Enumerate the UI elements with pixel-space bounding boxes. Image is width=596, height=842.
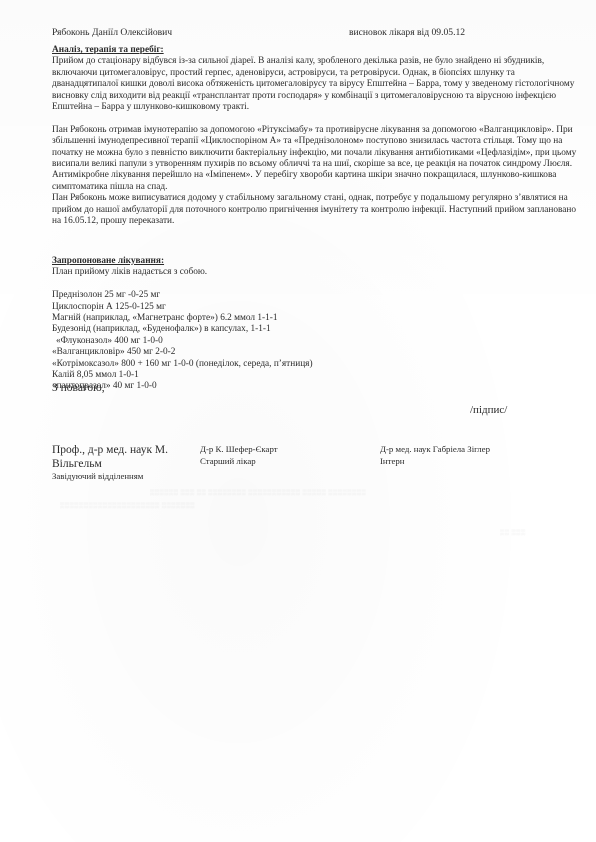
signatory-role: Старший лікар <box>200 456 278 468</box>
analysis-paragraph-2: Пан Рябоконь отримав імунотерапію за доп… <box>52 125 582 193</box>
treatment-section: Запропоноване лікування: План прийому лі… <box>52 256 582 393</box>
signature-note: /підпис/ <box>470 404 507 416</box>
show-through-text: ▒▒▒▒▒▒ ▒▒▒ ▒▒ ▒▒▒▒▒▒▒▒ ▒▒▒▒▒▒▒▒▒▒▒ ▒▒▒▒▒… <box>150 490 366 496</box>
patient-name: Рябоконь Даніїл Олексійович <box>52 27 172 38</box>
medication-list: Преднізолон 25 мг -0-25 мг Циклоспорін А… <box>52 290 582 393</box>
signatory-head-of-department: Проф., д-р мед. наук М. Вільгельм Завіду… <box>52 443 192 482</box>
analysis-paragraph-3: Пан Рябоконь може виписуватися додому у … <box>52 193 582 227</box>
report-date: висновок лікаря від 09.05.12 <box>349 27 465 38</box>
treatment-intro: План прийому ліків надається з собою. <box>52 267 582 278</box>
medication-item: Преднізолон 25 мг -0-25 мг <box>52 290 582 301</box>
medication-item: Циклоспорін А 125-0-125 мг <box>52 302 582 313</box>
medication-item: «Котрімоксазол» 800 + 160 мг 1-0-0 (поне… <box>52 359 582 370</box>
signatory-intern: Д-р мед. наук Габріела Зіглер Інтерн <box>380 444 490 467</box>
signatory-name: Проф., д-р мед. наук М. Вільгельм <box>52 443 192 471</box>
medication-item: «Валганцикловір» 450 мг 2-0-2 <box>52 347 582 358</box>
medication-item: «пантопразол» 40 мг 1-0-0 <box>52 381 582 392</box>
treatment-heading: Запропоноване лікування: <box>52 256 582 267</box>
analysis-paragraph-1: Прийом до стаціонару відбувся із-за силь… <box>52 56 582 113</box>
closing-regards: З повагою, <box>52 382 105 394</box>
show-through-text: ▒▒ ▒▒▒ <box>500 530 526 536</box>
medication-item: Магній (наприклад, «Магнетранс форте») 6… <box>52 313 582 324</box>
show-through-text: ▒▒▒▒▒▒▒▒▒▒▒▒▒▒▒▒▒▒▒▒▒ ▒▒▒▒▒▒▒ <box>60 503 195 509</box>
signatory-role: Завідуючий відділенням <box>52 471 192 482</box>
analysis-heading: Аналіз, терапія та перебіг: <box>52 45 582 56</box>
signatory-senior-doctor: Д-р К. Шефер-Єкарт Старший лікар <box>200 444 278 467</box>
medication-item: Будезонід (наприклад, «Буденофалк») в ка… <box>52 324 582 335</box>
medication-item: Калій 8,05 ммол 1-0-1 <box>52 370 582 381</box>
signatory-role: Інтерн <box>380 456 490 468</box>
signatory-name: Д-р мед. наук Габріела Зіглер <box>380 444 490 456</box>
analysis-section: Аналіз, терапія та перебіг: Прийом до ст… <box>52 45 582 227</box>
signatory-name: Д-р К. Шефер-Єкарт <box>200 444 278 456</box>
medication-item: «Флуконазол» 400 мг 1-0-0 <box>52 336 582 347</box>
